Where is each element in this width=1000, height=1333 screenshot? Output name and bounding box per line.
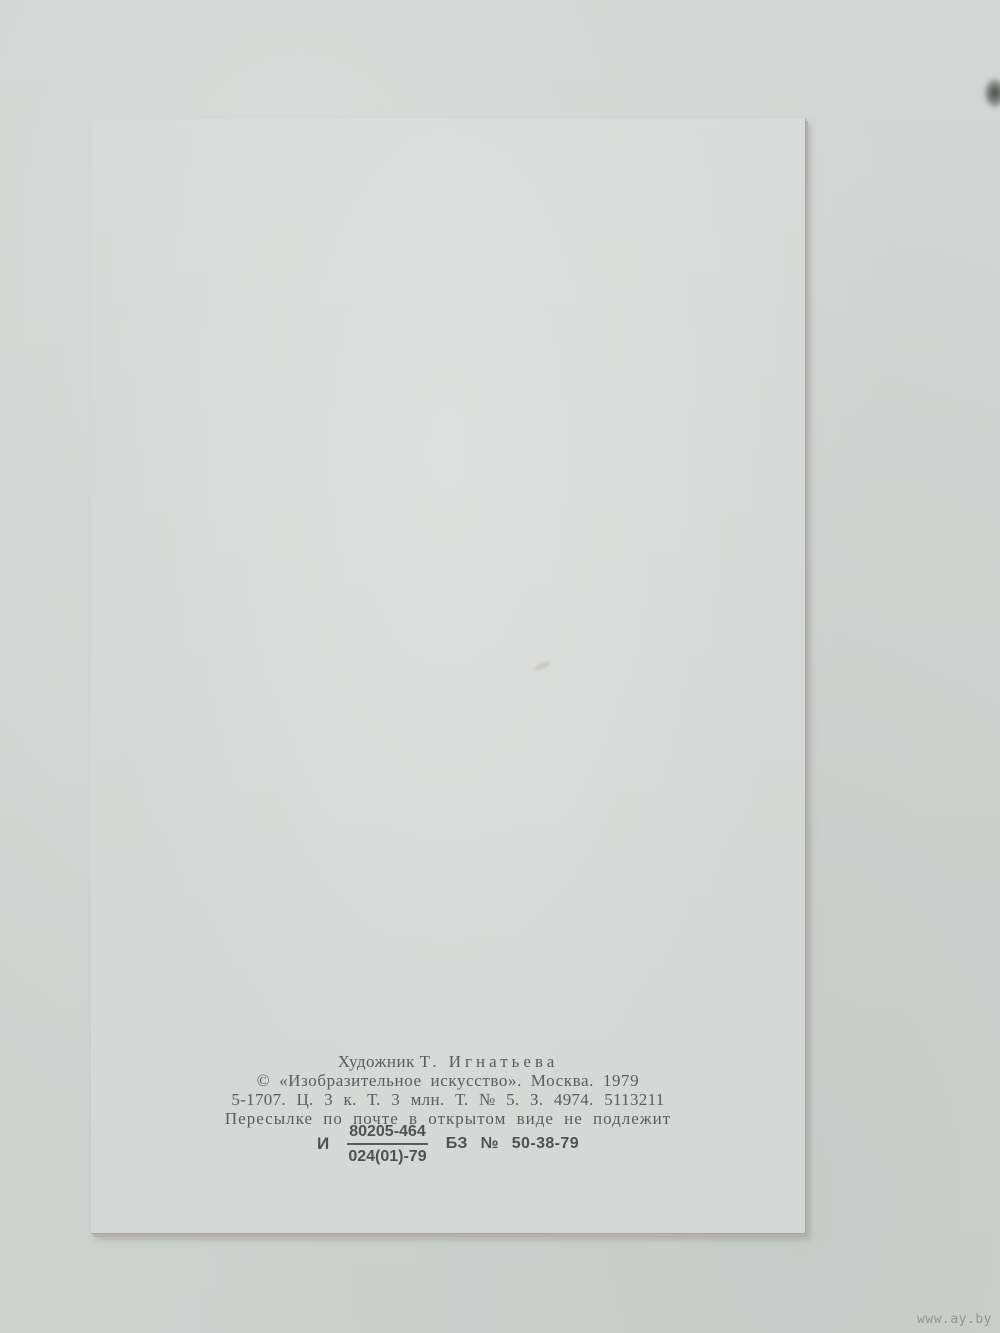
index-fraction: 80205-464 024(01)-79: [347, 1123, 428, 1165]
index-prefix: И: [317, 1134, 329, 1154]
artist-name: Т. Игнатьева: [420, 1052, 559, 1071]
artist-label: Художник: [338, 1052, 415, 1071]
surface-smudge: [984, 78, 1000, 108]
publisher-imprint: Художник Т. Игнатьева © «Изобразительное…: [91, 1052, 805, 1128]
index-numerator: 80205-464: [347, 1123, 428, 1145]
publication-index: И 80205-464 024(01)-79 БЗ № 50-38-79: [91, 1123, 805, 1165]
paper-spot: [533, 659, 552, 672]
index-denominator: 024(01)-79: [348, 1145, 426, 1165]
postcard: Художник Т. Игнатьева © «Изобразительное…: [91, 118, 806, 1234]
order-code: БЗ № 50-38-79: [446, 1135, 579, 1153]
print-info-line: 5-1707. Ц. 3 к. Т. 3 млн. Т. № 5. З. 497…: [91, 1090, 805, 1109]
site-watermark: www.ay.by: [917, 1312, 992, 1327]
copyright-line: © «Изобразительное искусство». Москва. 1…: [91, 1071, 805, 1090]
artist-credit: Художник Т. Игнатьева: [91, 1052, 805, 1071]
